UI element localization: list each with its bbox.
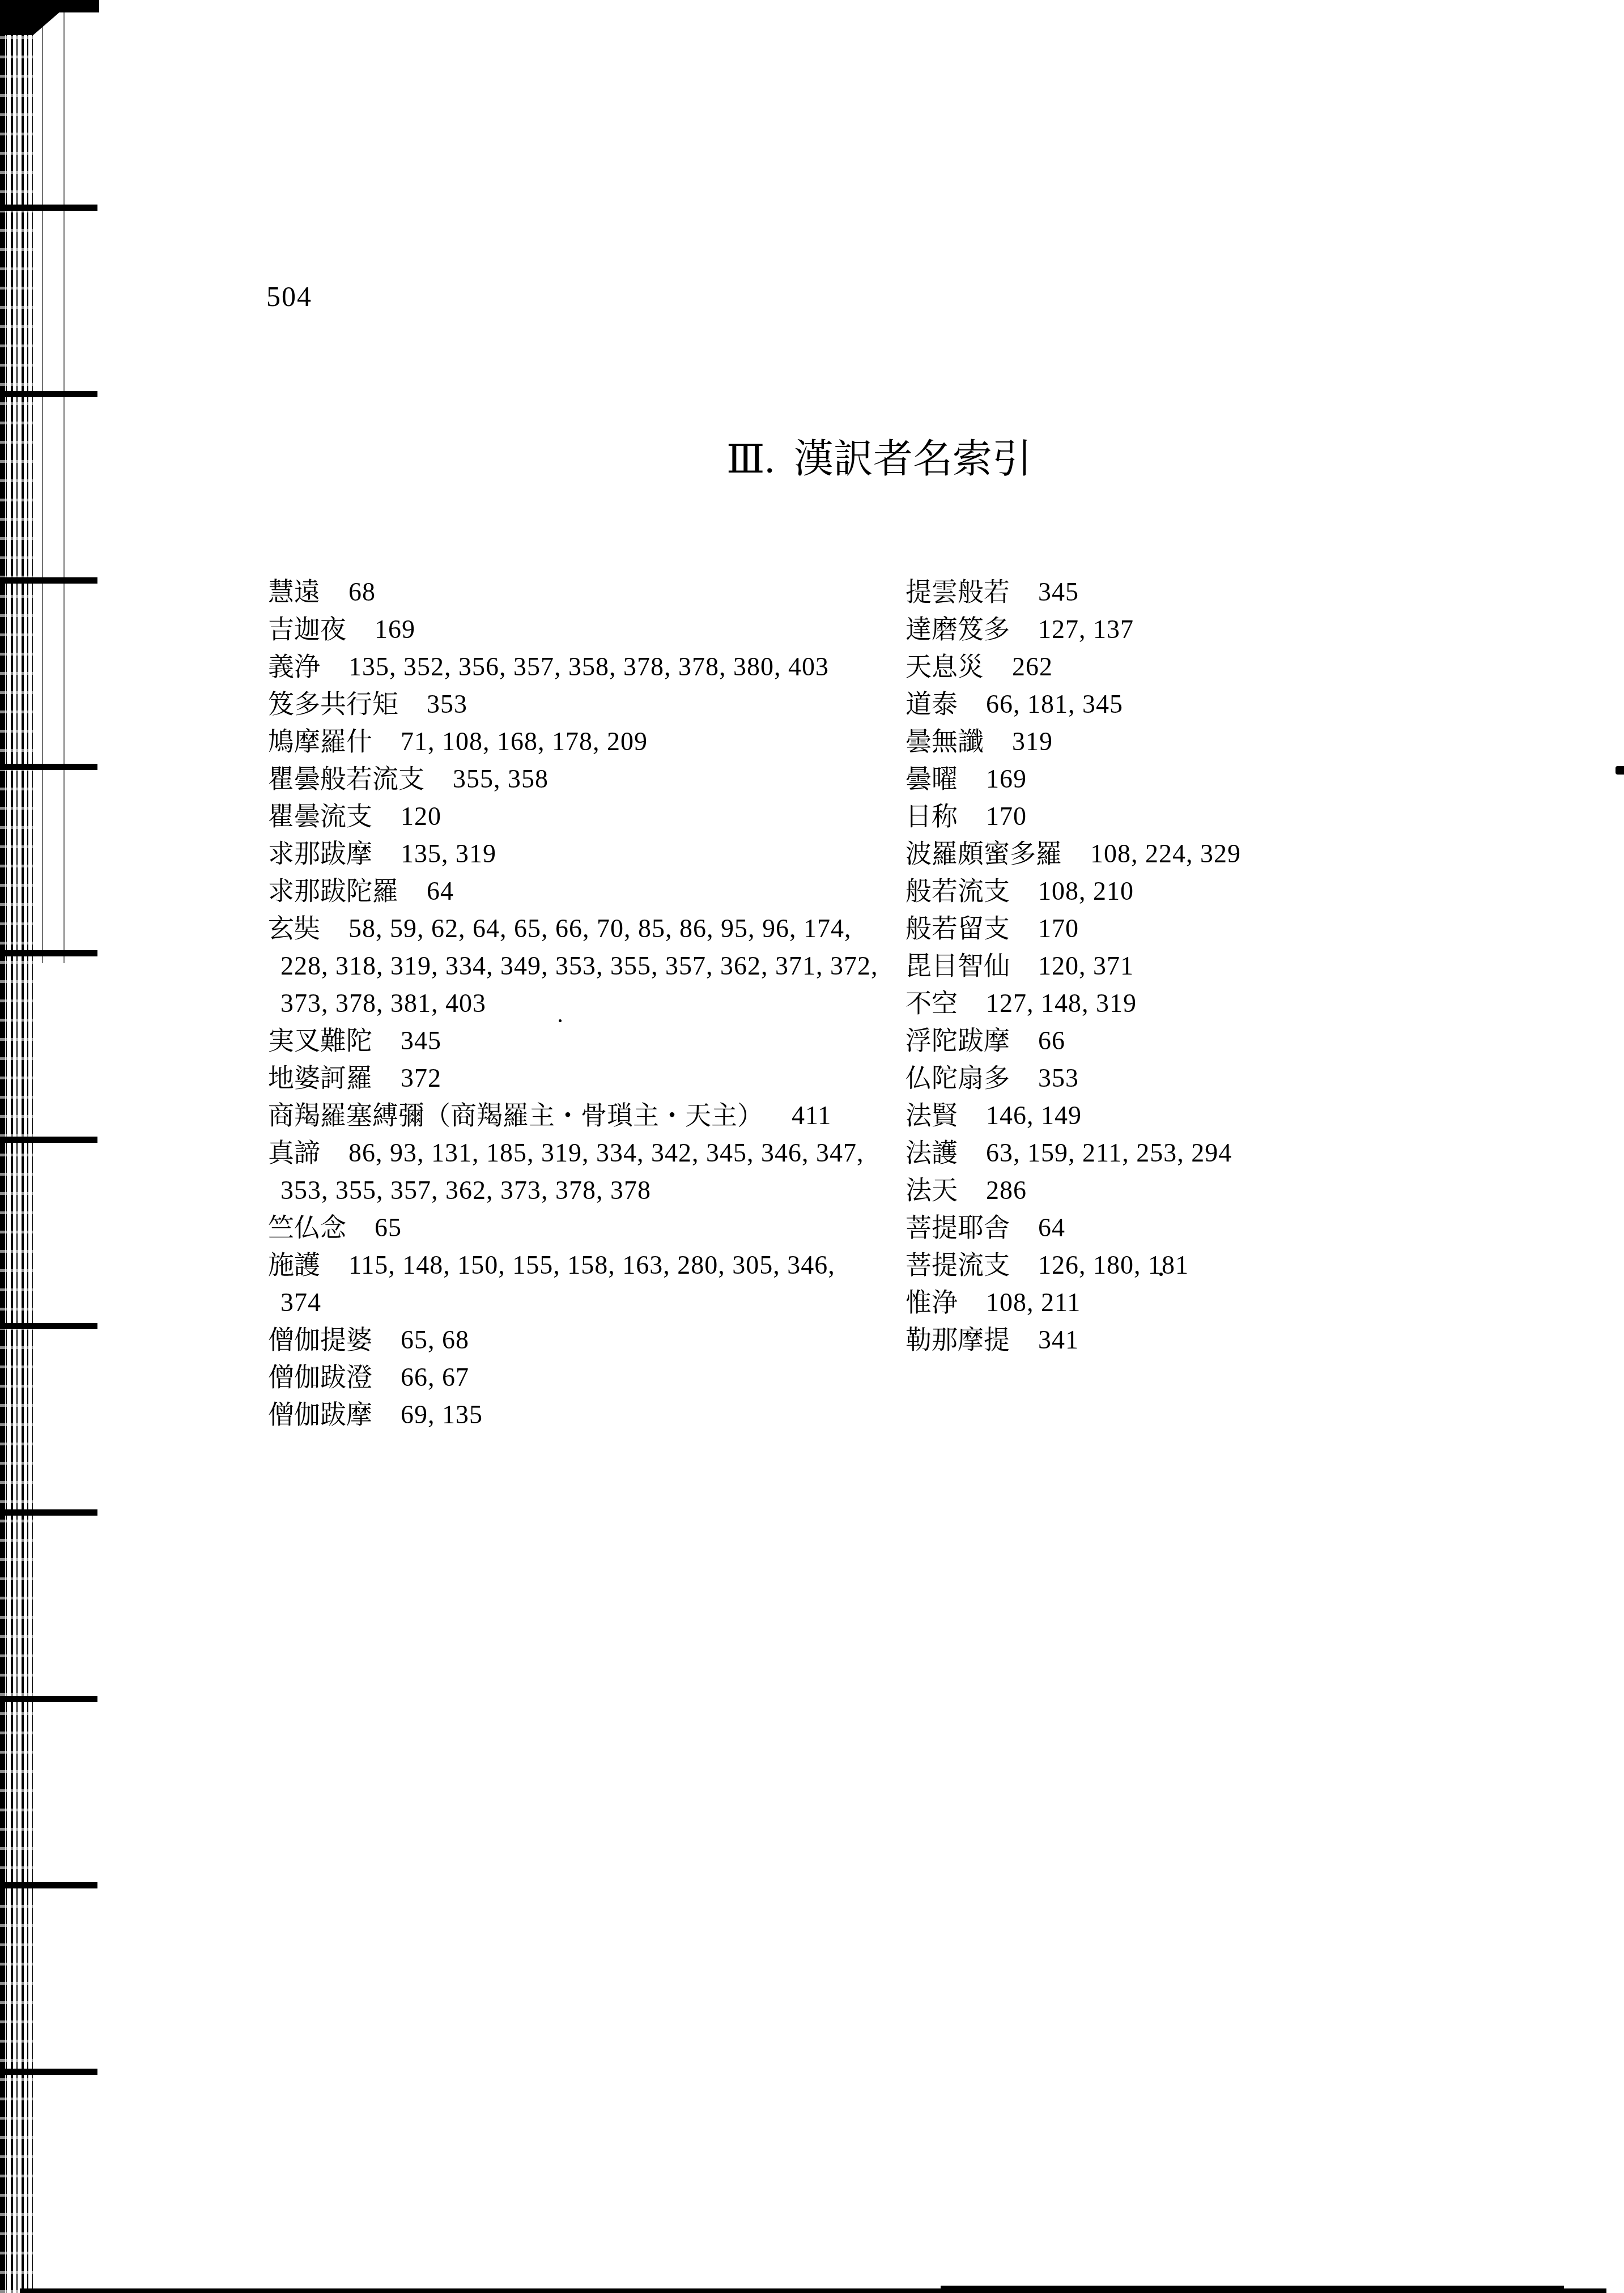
index-entry: 竺仏念65 <box>268 1209 883 1247</box>
index-entry: 僧伽跋澄66, 67 <box>268 1359 883 1396</box>
page-numbers: 353 <box>1038 1063 1079 1092</box>
index-entry: 般若流支108, 210 <box>905 873 1506 910</box>
translator-name: 竺仏念 <box>268 1213 346 1242</box>
page-numbers: 66, 67 <box>401 1363 469 1392</box>
index-entry: 惟浄108, 211 <box>905 1284 1506 1321</box>
page-numbers: 345 <box>1038 577 1079 606</box>
page-numbers: 286 <box>986 1176 1027 1205</box>
translator-name: 商羯羅塞縛彌（商羯羅主・骨瑣主・天主） <box>268 1101 763 1130</box>
index-entry: 菩提流支126, 180, 181 <box>905 1247 1506 1284</box>
translator-name: 瞿曇流支 <box>268 802 372 831</box>
translator-name: 菩提流支 <box>905 1250 1010 1279</box>
translator-name: 笈多共行矩 <box>268 690 398 718</box>
page-numbers: 69, 135 <box>401 1400 483 1429</box>
index-entry: 法天286 <box>905 1172 1506 1209</box>
translator-name: 実叉難陀 <box>268 1026 372 1055</box>
translator-name: 曇無讖 <box>905 727 984 756</box>
translator-name: 般若流支 <box>905 877 1010 905</box>
index-entry: 曇曜169 <box>905 760 1506 798</box>
translator-name: 僧伽跋摩 <box>268 1400 372 1429</box>
translator-name: 慧遠 <box>268 577 320 606</box>
index-entry: 商羯羅塞縛彌（商羯羅主・骨瑣主・天主）411 <box>268 1097 883 1134</box>
page-numbers: 319 <box>1012 727 1053 756</box>
index-entry: 義浄135, 352, 356, 357, 358, 378, 378, 380… <box>268 648 883 686</box>
index-entry: 求那跋摩135, 319 <box>268 835 883 873</box>
translator-name: 法賢 <box>905 1101 958 1130</box>
page-numbers: 58, 59, 62, 64, 65, 66, 70, 85, 86, 95, … <box>280 914 878 1018</box>
page-numbers: 169 <box>375 615 415 644</box>
translator-name: 鳩摩羅什 <box>268 727 372 756</box>
page-numbers: 126, 180, 181 <box>1038 1250 1189 1279</box>
index-entry: 慧遠68 <box>268 573 883 611</box>
translator-name: 惟浄 <box>905 1288 958 1317</box>
index-entry: 笈多共行矩353 <box>268 686 883 723</box>
translator-name: 地婆訶羅 <box>268 1063 372 1092</box>
translator-name: 天息災 <box>905 652 984 681</box>
page-numbers: 169 <box>986 764 1027 793</box>
translator-name: 求那跋摩 <box>268 839 372 868</box>
index-entry: 波羅頗蜜多羅108, 224, 329 <box>905 835 1506 873</box>
translator-name: 提雲般若 <box>905 577 1010 606</box>
index-entry: 地婆訶羅372 <box>268 1060 883 1097</box>
translator-name: 求那跋陀羅 <box>268 877 398 905</box>
page-numbers: 66 <box>1038 1026 1065 1055</box>
page-numbers: 65 <box>375 1213 402 1242</box>
index-entry: 浮陀跋摩66 <box>905 1022 1506 1060</box>
scan-right-edge-mark <box>1616 766 1624 775</box>
index-entry: 法護63, 159, 211, 253, 294 <box>905 1134 1506 1172</box>
index-entry: 僧伽提婆65, 68 <box>268 1321 883 1359</box>
page-numbers: 262 <box>1012 652 1053 681</box>
page-numbers: 127, 137 <box>1038 615 1134 644</box>
translator-name: 道泰 <box>905 690 958 718</box>
index-entry: 求那跋陀羅64 <box>268 873 883 910</box>
index-entry: 瞿曇般若流支355, 358 <box>268 760 883 798</box>
translator-name: 玄奘 <box>268 914 320 943</box>
page-numbers: 120 <box>401 802 441 831</box>
index-entry: 毘目智仙120, 371 <box>905 947 1506 985</box>
page-numbers: 170 <box>986 802 1027 831</box>
page-numbers: 127, 148, 319 <box>986 989 1137 1018</box>
page-numbers: 372 <box>401 1063 441 1092</box>
page-numbers: 108, 210 <box>1038 877 1134 905</box>
translator-name: 瞿曇般若流支 <box>268 764 424 793</box>
index-right-column: 提雲般若345達磨笈多127, 137天息災262道泰66, 181, 345曇… <box>905 573 1506 1359</box>
index-left-column: 慧遠68吉迦夜169義浄135, 352, 356, 357, 358, 378… <box>268 573 883 1433</box>
page-numbers: 341 <box>1038 1325 1079 1354</box>
page-numbers: 355, 358 <box>453 764 549 793</box>
page-numbers: 64 <box>427 877 454 905</box>
index-entry: 天息災262 <box>905 648 1506 686</box>
scan-bottom-edge-thick-segment <box>941 2286 1564 2293</box>
translator-name: 吉迦夜 <box>268 615 346 644</box>
index-entry: 鳩摩羅什71, 108, 168, 178, 209 <box>268 723 883 760</box>
page-numbers: 63, 159, 211, 253, 294 <box>986 1138 1232 1167</box>
index-entry: 不空127, 148, 319 <box>905 985 1506 1022</box>
page-numbers: 108, 224, 329 <box>1090 839 1241 868</box>
page-numbers: 146, 149 <box>986 1101 1082 1130</box>
page-numbers: 120, 371 <box>1038 951 1134 980</box>
section-numeral: Ⅲ. <box>726 438 775 482</box>
translator-name: 日称 <box>905 802 958 831</box>
index-entry: 提雲般若345 <box>905 573 1506 611</box>
section-title: Ⅲ.漢訳者名索引 <box>726 437 1032 483</box>
translator-name: 仏陀扇多 <box>905 1063 1010 1092</box>
translator-name: 僧伽跋澄 <box>268 1363 372 1392</box>
index-entry: 勒那摩提341 <box>905 1321 1506 1359</box>
translator-name: 僧伽提婆 <box>268 1325 372 1354</box>
page-numbers: 411 <box>792 1101 831 1130</box>
translator-name: 波羅頗蜜多羅 <box>905 839 1062 868</box>
translator-name: 達磨笈多 <box>905 615 1010 644</box>
index-entry: 菩提耶舎64 <box>905 1209 1506 1247</box>
index-entry: 曇無讖319 <box>905 723 1506 760</box>
page-numbers: 86, 93, 131, 185, 319, 334, 342, 345, 34… <box>280 1138 864 1205</box>
translator-name: 毘目智仙 <box>905 951 1010 980</box>
translator-name: 勒那摩提 <box>905 1325 1010 1354</box>
page-numbers: 353 <box>427 690 467 718</box>
page-numbers: 115, 148, 150, 155, 158, 163, 280, 305, … <box>280 1250 835 1317</box>
translator-name: 般若留支 <box>905 914 1010 943</box>
page-numbers: 71, 108, 168, 178, 209 <box>401 727 648 756</box>
index-entry: 瞿曇流支120 <box>268 798 883 835</box>
translator-name: 浮陀跋摩 <box>905 1026 1010 1055</box>
index-entry: 仏陀扇多353 <box>905 1060 1506 1097</box>
index-entry: 法賢146, 149 <box>905 1097 1506 1134</box>
translator-name: 不空 <box>905 989 958 1018</box>
index-entry: 施護115, 148, 150, 155, 158, 163, 280, 305… <box>268 1247 883 1321</box>
translator-name: 菩提耶舎 <box>905 1213 1010 1242</box>
translator-name: 施護 <box>268 1250 320 1279</box>
index-entry: 玄奘58, 59, 62, 64, 65, 66, 70, 85, 86, 95… <box>268 910 883 1022</box>
index-entry: 般若留支170 <box>905 910 1506 947</box>
index-entry: 道泰66, 181, 345 <box>905 686 1506 723</box>
translator-name: 義浄 <box>268 652 320 681</box>
index-entry: 日称170 <box>905 798 1506 835</box>
translator-name: 真諦 <box>268 1138 320 1167</box>
page-numbers: 64 <box>1038 1213 1065 1242</box>
page-numbers: 65, 68 <box>401 1325 469 1354</box>
translator-name: 法護 <box>905 1138 958 1167</box>
page-numbers: 170 <box>1038 914 1079 943</box>
index-entry: 実叉難陀345 <box>268 1022 883 1060</box>
page-numbers: 345 <box>401 1026 441 1055</box>
index-entry: 吉迦夜169 <box>268 611 883 648</box>
index-entry: 達磨笈多127, 137 <box>905 611 1506 648</box>
page-numbers: 135, 319 <box>401 839 496 868</box>
page-number: 504 <box>266 282 312 310</box>
page-numbers: 68 <box>348 577 376 606</box>
translator-name: 曇曜 <box>905 764 958 793</box>
index-entry: 僧伽跋摩69, 135 <box>268 1396 883 1433</box>
section-title-text: 漢訳者名索引 <box>794 438 1032 482</box>
index-entry: 真諦86, 93, 131, 185, 319, 334, 342, 345, … <box>268 1134 883 1209</box>
page-numbers: 135, 352, 356, 357, 358, 378, 378, 380, … <box>348 652 829 681</box>
scan-gutter-sparse-noise <box>33 0 75 963</box>
page-numbers: 108, 211 <box>986 1288 1081 1317</box>
translator-name: 法天 <box>905 1176 958 1205</box>
page-numbers: 66, 181, 345 <box>986 690 1123 718</box>
